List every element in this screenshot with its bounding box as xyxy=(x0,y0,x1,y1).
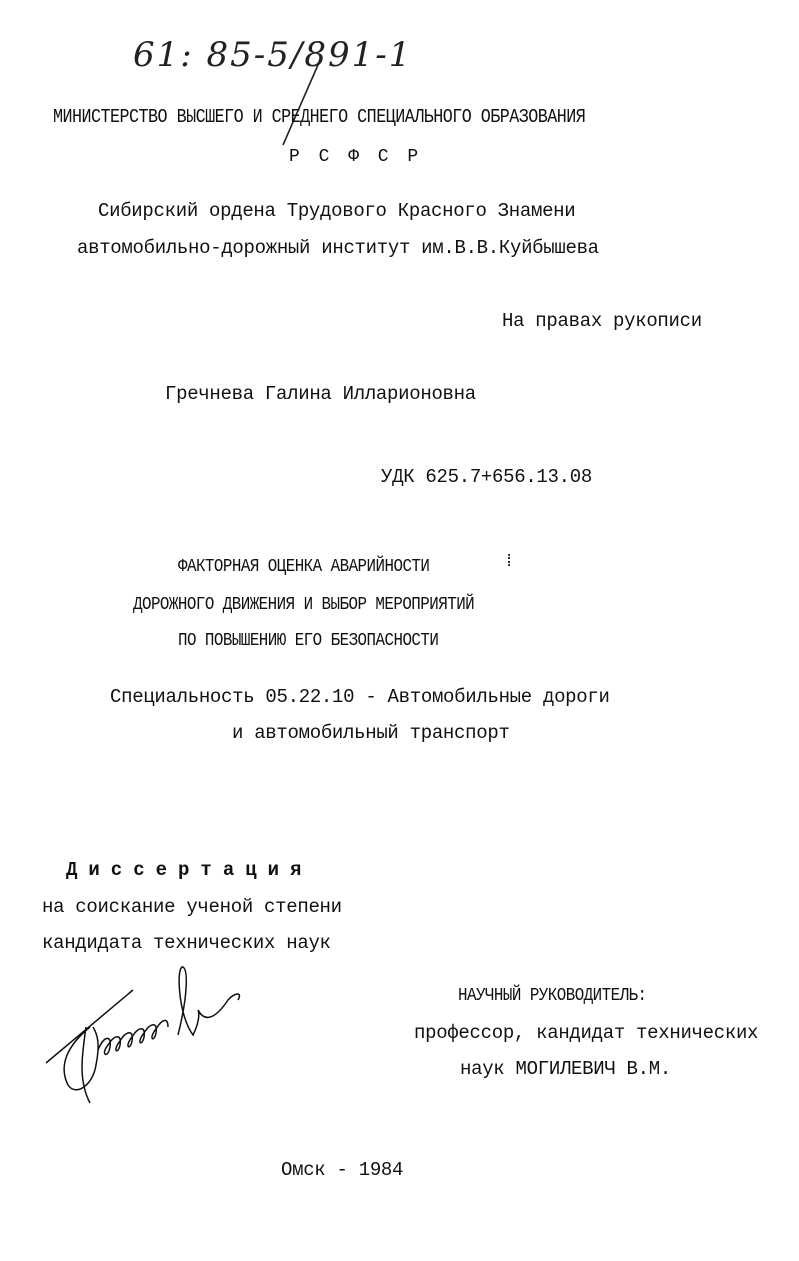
title-line-3: ПО ПОВЫШЕНИЮ ЕГО БЕЗОПАСНОСТИ xyxy=(178,630,438,652)
author-name: Гречнева Галина Илларионовна xyxy=(165,383,476,405)
archive-code-handwritten: 61: 85-5/891-1 xyxy=(133,35,412,75)
ministry-heading: МИНИСТЕРСТВО ВЫСШЕГО И СРЕДНЕГО СПЕЦИАЛЬ… xyxy=(53,106,585,128)
dissertation-line-2: на соискание ученой степени xyxy=(42,896,342,918)
dissertation-label: Диссертация xyxy=(66,859,312,881)
title-line-1: ФАКТОРНАЯ ОЦЕНКА АВАРИЙНОСТИ xyxy=(178,556,429,578)
footer-city-year: Омск - 1984 xyxy=(281,1159,403,1181)
dissertation-line-3: кандидата технических наук xyxy=(42,932,331,954)
handwritten-slash-mark xyxy=(243,50,363,150)
institute-line-1: Сибирский ордена Трудового Красного Знам… xyxy=(98,200,575,222)
stray-mark xyxy=(508,554,512,566)
specialty-line-2: и автомобильный транспорт xyxy=(232,722,510,744)
signature-handwritten xyxy=(38,955,258,1115)
manuscript-rights-label: На правах рукописи xyxy=(502,310,702,332)
udc-code: УДК 625.7+656.13.08 xyxy=(381,466,592,488)
specialty-line-1: Специальность 05.22.10 - Автомобильные д… xyxy=(110,686,610,708)
institute-line-2: автомобильно-дорожный институт им.В.В.Ку… xyxy=(77,237,599,259)
supervisor-heading: НАУЧНЫЙ РУКОВОДИТЕЛЬ: xyxy=(458,985,647,1007)
title-line-2: ДОРОЖНОГО ДВИЖЕНИЯ И ВЫБОР МЕРОПРИЯТИЙ xyxy=(133,594,474,616)
supervisor-line-2: профессор, кандидат технических xyxy=(414,1022,758,1044)
republic-heading: Р С Ф С Р xyxy=(289,146,422,168)
supervisor-line-3: наук МОГИЛЕВИЧ В.М. xyxy=(460,1058,671,1080)
